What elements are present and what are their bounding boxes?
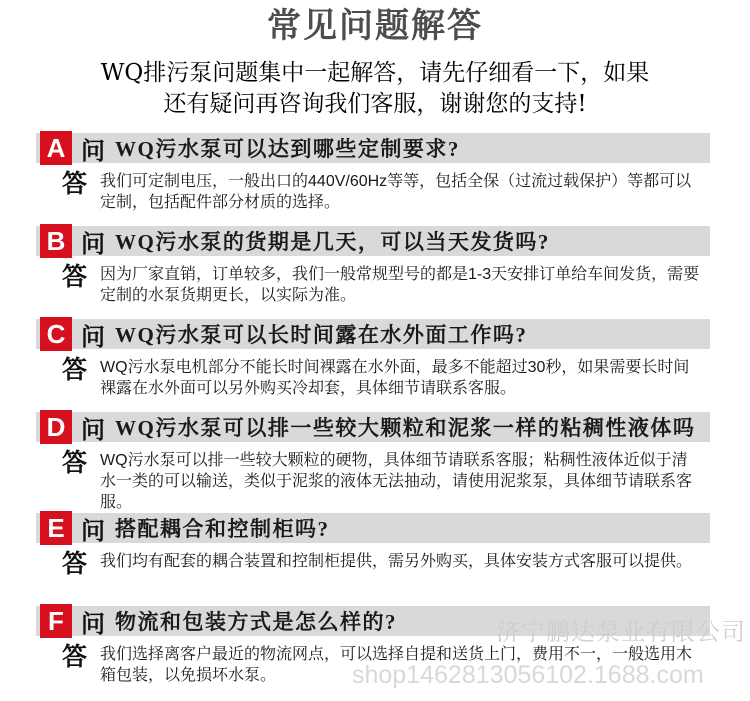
answer-text: 我们均有配套的耦合装置和控制柜提供，需另外购买，具体安装方式客服可以提供。 bbox=[100, 551, 692, 572]
faq-section: D 问 WQ污水泵可以排一些较大颗粒和泥浆一样的粘稠性液体吗 答 WQ污水泵可以… bbox=[0, 412, 750, 513]
question-text: 物流和包装方式是怎么样的? bbox=[115, 606, 397, 636]
letter-badge: F bbox=[40, 604, 72, 638]
question-label: 问 bbox=[81, 604, 105, 639]
question-label: 问 bbox=[81, 410, 105, 445]
faq-section: C 问 WQ污水泵可以长时间露在水外面工作吗? 答 WQ污水泵电机部分不能长时间… bbox=[0, 319, 750, 412]
faq-section: A 问 WQ污水泵可以达到哪些定制要求? 答 我们可定制电压，一般出口的440V… bbox=[0, 133, 750, 226]
page-title: 常见问题解答 bbox=[0, 0, 750, 46]
question-text: WQ污水泵的货期是几天，可以当天发货吗? bbox=[115, 226, 550, 256]
question-bar: A 问 WQ污水泵可以达到哪些定制要求? bbox=[36, 133, 710, 163]
question-bar: C 问 WQ污水泵可以长时间露在水外面工作吗? bbox=[36, 319, 710, 349]
answer-text: 我们选择离客户最近的物流网点，可以选择自提和送货上门，费用不一，一般选用木箱包装… bbox=[100, 644, 700, 686]
letter-badge: A bbox=[40, 131, 72, 165]
answer-row: 答 我们选择离客户最近的物流网点，可以选择自提和送货上门，费用不一，一般选用木箱… bbox=[62, 644, 705, 686]
faq-section: E 问 搭配耦合和控制柜吗? 答 我们均有配套的耦合装置和控制柜提供，需另外购买… bbox=[0, 513, 750, 606]
question-text: WQ污水泵可以达到哪些定制要求? bbox=[115, 133, 460, 163]
answer-label: 答 bbox=[62, 644, 87, 672]
letter-badge: B bbox=[40, 224, 72, 258]
question-label: 问 bbox=[81, 131, 105, 166]
faq-list: A 问 WQ污水泵可以达到哪些定制要求? 答 我们可定制电压，一般出口的440V… bbox=[0, 133, 750, 686]
answer-row: 答 我们可定制电压，一般出口的440V/60Hz等等，包括全保（过流过载保护）等… bbox=[62, 171, 705, 213]
answer-row: 答 WQ污水泵可以排一些较大颗粒的硬物，具体细节请联系客服；粘稠性液体近似于清水… bbox=[62, 450, 705, 513]
answer-text: 因为厂家直销，订单较多，我们一般常规型号的都是1-3天安排订单给车间发货，需要定… bbox=[100, 264, 700, 306]
letter-badge: E bbox=[40, 511, 72, 545]
question-bar: F 问 物流和包装方式是怎么样的? bbox=[36, 606, 710, 636]
faq-section: B 问 WQ污水泵的货期是几天，可以当天发货吗? 答 因为厂家直销，订单较多，我… bbox=[0, 226, 750, 319]
question-bar: D 问 WQ污水泵可以排一些较大颗粒和泥浆一样的粘稠性液体吗 bbox=[36, 412, 710, 442]
answer-row: 答 我们均有配套的耦合装置和控制柜提供，需另外购买，具体安装方式客服可以提供。 bbox=[62, 551, 705, 579]
letter-badge: C bbox=[40, 317, 72, 351]
question-label: 问 bbox=[81, 511, 105, 546]
answer-text: 我们可定制电压，一般出口的440V/60Hz等等，包括全保（过流过载保护）等都可… bbox=[100, 171, 700, 213]
question-label: 问 bbox=[81, 317, 105, 352]
answer-text: WQ污水泵电机部分不能长时间裸露在水外面，最多不能超过30秒，如果需要长时间裸露… bbox=[100, 357, 700, 399]
letter-badge: D bbox=[40, 410, 72, 444]
question-bar: B 问 WQ污水泵的货期是几天，可以当天发货吗? bbox=[36, 226, 710, 256]
answer-row: 答 因为厂家直销，订单较多，我们一般常规型号的都是1-3天安排订单给车间发货，需… bbox=[62, 264, 705, 306]
faq-page: 常见问题解答 WQ排污泵问题集中一起解答，请先仔细看一下，如果还有疑问再咨询我们… bbox=[0, 0, 750, 701]
answer-label: 答 bbox=[62, 450, 87, 478]
answer-text: WQ污水泵可以排一些较大颗粒的硬物，具体细节请联系客服；粘稠性液体近似于清水一类… bbox=[100, 450, 700, 513]
answer-label: 答 bbox=[62, 264, 87, 292]
faq-section: F 问 物流和包装方式是怎么样的? 答 我们选择离客户最近的物流网点，可以选择自… bbox=[0, 606, 750, 686]
question-text: WQ污水泵可以长时间露在水外面工作吗? bbox=[115, 319, 527, 349]
question-bar: E 问 搭配耦合和控制柜吗? bbox=[36, 513, 710, 543]
answer-label: 答 bbox=[62, 551, 87, 579]
question-text: 搭配耦合和控制柜吗? bbox=[115, 513, 330, 543]
question-label: 问 bbox=[81, 224, 105, 259]
answer-row: 答 WQ污水泵电机部分不能长时间裸露在水外面，最多不能超过30秒，如果需要长时间… bbox=[62, 357, 705, 399]
answer-label: 答 bbox=[62, 357, 87, 385]
question-text: WQ污水泵可以排一些较大颗粒和泥浆一样的粘稠性液体吗 bbox=[115, 412, 695, 442]
answer-label: 答 bbox=[62, 171, 87, 199]
intro-text: WQ排污泵问题集中一起解答，请先仔细看一下，如果还有疑问再咨询我们客服，谢谢您的… bbox=[92, 58, 658, 120]
